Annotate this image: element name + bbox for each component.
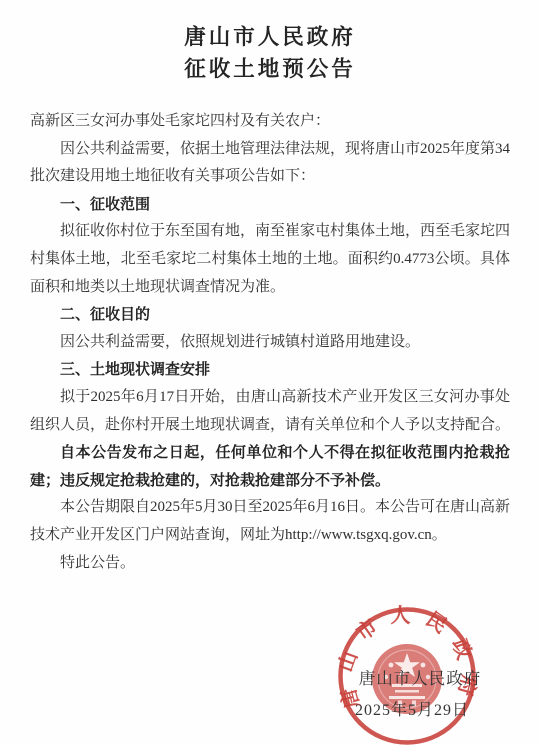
section1-paragraph: 拟征收你村位于东至国有地，南至崔家屯村集体土地，西至毛家坨四村集体土地，北至毛家… <box>30 218 510 301</box>
document-header: 唐山市人民政府 征收土地预公告 <box>0 0 540 85</box>
section3-paragraph: 拟于2025年6月17日开始，由唐山高新技术产业开发区三女河办事处组织人员，赴你… <box>30 384 510 439</box>
salutation-line: 高新区三女河办事处毛家坨四村及有关农户： <box>30 108 510 136</box>
closing-line: 特此公告。 <box>30 550 510 578</box>
announcement-document: 唐山市人民政府 征收土地预公告 高新区三女河办事处毛家坨四村及有关农户： 因公共… <box>0 0 540 745</box>
warning-paragraph: 自本公告发布之日起，任何单位和个人不得在拟征收范围内抢栽抢建；违反规定抢栽抢建的… <box>30 439 510 494</box>
section3-heading: 三、土地现状调查安排 <box>30 356 510 384</box>
intro-paragraph: 因公共利益需要，依据土地管理法律法规，现将唐山市2025年度第34批次建设用地土… <box>30 136 510 191</box>
signature-date: 2025年5月29日 <box>340 697 484 720</box>
section2-heading: 二、征收目的 <box>30 301 510 329</box>
document-title-line1: 唐山市人民政府 <box>0 21 540 53</box>
document-title-line2: 征收土地预公告 <box>0 53 540 85</box>
signature-issuer: 唐山市人民政府 <box>348 665 492 689</box>
validity-paragraph: 本公告期限自2025年5月30日至2025年6月16日。本公告可在唐山高新技术产… <box>30 494 510 549</box>
section2-paragraph: 因公共利益需要，依照规划进行城镇村道路用地建设。 <box>30 329 510 357</box>
section1-heading: 一、征收范围 <box>30 191 510 219</box>
document-body: 高新区三女河办事处毛家坨四村及有关农户： 因公共利益需要，依据土地管理法律法规，… <box>0 108 540 577</box>
